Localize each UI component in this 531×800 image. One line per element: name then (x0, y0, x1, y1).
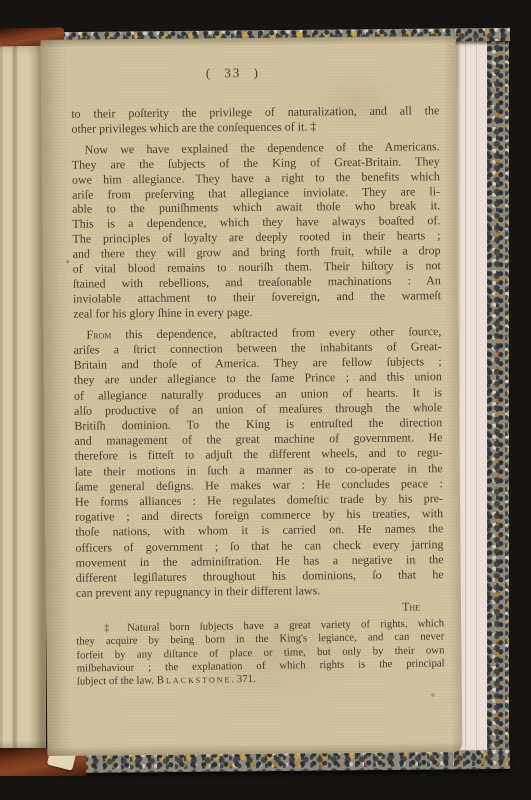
text-segment: . 371. (231, 674, 255, 686)
text-segment: inviolable attachment to their ſovereign… (73, 288, 441, 306)
paragraph-continued: to their poſterity the privilege of natu… (71, 103, 439, 136)
text-line: zeal for his glory ſhine in every page. (73, 303, 441, 321)
text-segment: can prevent any repugnancy in their diff… (76, 583, 320, 599)
book-page: ( 33 ) to their poſterity the privilege … (41, 36, 463, 756)
text-line: other privileges which are the conſequen… (71, 118, 439, 136)
text-segment: this dependence, abſtracted from every o… (111, 324, 441, 341)
text-segment: to their poſterity the privilege of natu… (71, 103, 439, 121)
page-text-block: ( 33 ) to their poſterity the privilege … (71, 63, 445, 688)
page-number: ( 33 ) (49, 63, 417, 83)
footnote: ‡ Natural born ſubjects have a great var… (76, 618, 445, 690)
text-segment: different legiſlatures throughout his do… (76, 567, 444, 585)
book-photograph: ( 33 ) to their poſterity the privilege … (0, 0, 531, 800)
book-cover-right-edge-marble (487, 28, 509, 768)
text-segment: ſubject of the law. (77, 675, 157, 688)
gutter-page-edges (0, 40, 46, 756)
catchword-text: The (402, 600, 420, 614)
paragraph-connection: From this dependence, abſtracted from ev… (73, 324, 444, 601)
catchword: The (76, 600, 444, 619)
text-segment: Blackstone (157, 674, 232, 687)
paragraph-dependence: Now we have explained the dependence of … (72, 139, 442, 321)
text-segment: From (86, 327, 111, 341)
text-line: can prevent any repugnancy in their diff… (76, 582, 444, 601)
text-segment: other privileges which are the conſequen… (71, 119, 316, 135)
text-segment: zeal for his glory ſhine in every page. (73, 305, 252, 321)
